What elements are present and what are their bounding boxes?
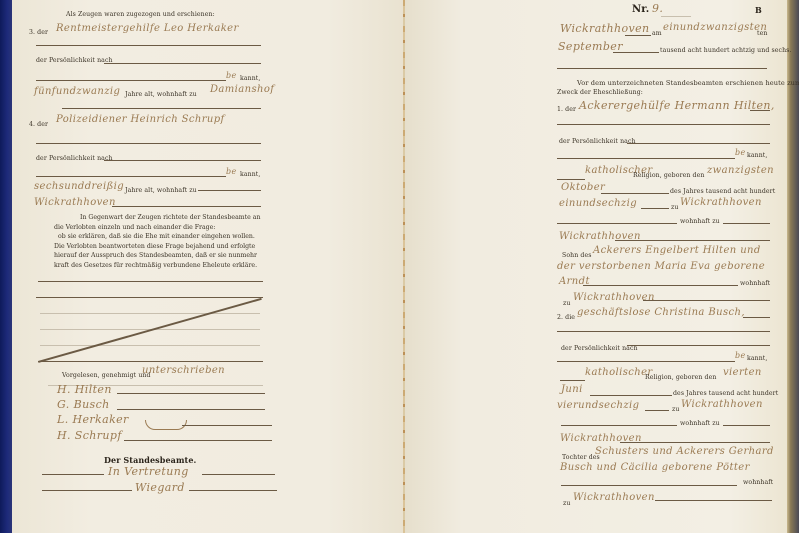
rule [641,208,669,209]
witness2-age-label: Jahre alt, wohnhaft zu [125,187,197,194]
formula-line: In Gegenwart der Zeugen richtete der Sta… [54,213,264,223]
formula-line: hierauf der Ausspruch des Standesbeamten… [54,251,264,261]
intro-line1: Vor dem unterzeichneten Standesbeamten e… [577,79,799,87]
bride-parents-residence: Wickrathhoven [573,492,655,503]
rule [557,158,735,159]
witness2-age: sechsunddreißig [34,181,124,192]
signature-flourish [145,420,187,430]
rule [723,223,770,224]
bride-birth-year: vierundsechzig [557,400,639,411]
rule [112,206,261,207]
signature-1: H. Hilten [57,383,112,396]
witness1-name: Rentmeistergehilfe Leo Herkaker [56,23,239,34]
bride-year-label: des Jahres tausend acht hundert [673,390,778,397]
rule [561,485,737,486]
witness1-age-label: Jahre alt, wohnhaft zu [125,91,197,98]
bride-born-at: Wickrathhoven [681,399,763,410]
rule [36,143,261,144]
rule [557,361,735,362]
rule [557,124,770,125]
bride-parents-line2: Busch und Cäcilia geborene Pötter [560,462,750,473]
date-am: am [652,30,662,37]
groom-known-suffix: be [735,148,746,157]
read-label: Vorgelesen, genehmigt und [62,372,151,379]
groom-parents-at-label: zu [563,300,570,307]
registrar-heading: Der Standesbeamte. [104,455,196,465]
right-page: Nr. 9. B Wickrathhoven am einundzwanzigs… [405,0,787,533]
nr-label: Nr. [632,4,649,15]
bride-known-suffix: be [735,351,746,360]
book-cover-left [0,0,12,533]
bride-religion: katholischer [585,367,653,378]
rule [36,176,226,177]
groom-birth-day: zwanzigsten [707,165,774,176]
rule [557,331,770,332]
rule [560,380,585,381]
signature-3: L. Herkaker [57,413,129,426]
witness2-prefix: 4. der [29,121,48,128]
formula-line: kraft des Gesetzes für rechtmäßig verbun… [54,261,264,271]
faint-rule [661,16,691,17]
witness2-known-label: kannt, [240,171,260,178]
groom-resides-label: wohnhaft zu [680,218,720,225]
faint-rule [40,313,260,314]
groom-parents-line1: Ackerers Engelbert Hilten und [593,245,761,256]
rule [42,474,104,475]
witness2-known-suffix: be [226,167,237,176]
nr-value: 9. [652,2,663,15]
groom-parents-resides: wohnhaft [740,280,770,287]
groom-born-at-label: zu [671,204,678,211]
groom-birth-year: einundsechzig [559,198,637,209]
bride-person-label: der Persönlichkeit nach [561,345,638,352]
bride-prefix: 2. die [557,314,575,321]
rule [36,297,263,298]
bride-birth-day: vierten [723,367,762,378]
day-suffix: ten [757,30,767,37]
rule [38,281,263,282]
day: einundzwanzigsten [663,22,767,33]
rule [583,285,738,286]
bride-name: geschäftslose Christina Busch, [577,307,745,318]
faint-rule [40,345,260,346]
rule [124,440,272,441]
groom-year-label: des Jahres tausend acht hundert [670,188,775,195]
rule [645,410,669,411]
groom-parents-label: Sohn des [562,252,592,259]
witness1-age: fünfundzwanzig [34,86,120,97]
witness2-residence: Wickrathhoven [34,197,116,208]
witness1-known-suffix: be [226,71,237,80]
rule [601,193,669,194]
rule [36,80,226,81]
groom-birth-month: Oktober [561,182,605,193]
formula-line: ob sie erklären, daß sie die Ehe mit ein… [54,232,264,242]
intro-line2: Zweck der Eheschließung: [557,89,643,96]
place: Wickrathhoven [560,22,650,35]
bride-religion-label: Religion, geboren den [645,374,716,381]
rule [620,442,770,443]
witness1-person-label: der Persönlichkeit nach [36,57,113,64]
rule [743,317,770,318]
rule [42,490,132,491]
groom-parents-residence: Wickrathhoven [573,292,655,303]
marriage-formula: In Gegenwart der Zeugen richtete der Sta… [54,213,264,270]
formula-line: die Verlobten einzeln und nach einander … [54,223,264,233]
rule [198,190,261,191]
witness1-residence: Damianshof [210,84,274,95]
bride-resides-label: wohnhaft zu [680,420,720,427]
bride-parents-resides: wohnhaft [743,479,773,486]
witness-heading: Als Zeugen waren zugezogen und erschiene… [66,11,215,18]
rule [117,393,265,394]
rule [655,500,772,501]
rule [643,300,770,301]
witness1-known-label: kannt, [240,75,260,82]
register-letter: B [755,5,762,15]
groom-known-label: kannt, [747,152,767,159]
rule [557,223,677,224]
groom-name: Ackerergehülfe Hermann Hilten, [579,99,775,112]
rule [189,490,277,491]
witness1-prefix: 3. der [29,29,48,36]
bride-parents-line1: Schusters und Ackerers Gerhard [595,446,774,457]
rule [627,345,770,346]
rule [627,143,770,144]
cancellation-stroke [38,298,262,363]
rule [202,474,275,475]
rule [615,240,770,241]
rule [561,425,677,426]
year-print: tausend acht hundert achtzig und sechs. [660,47,792,54]
groom-parents-line2: der verstorbenen Maria Eva geborene [557,261,765,272]
signature-4: H. Schrupf [57,429,122,442]
left-page: Als Zeugen waren zugezogen und erschiene… [12,0,405,533]
rule [750,110,770,111]
rule [182,425,272,426]
registrar-line2: Wiegard [135,481,185,494]
rule [104,63,261,64]
read-value: unterschrieben [142,365,225,376]
rule [590,395,672,396]
formula-line: Die Verlobten beantworteten diese Frage … [54,242,264,252]
groom-religion-label: Religion, geboren den [633,172,704,179]
rule [36,45,261,46]
bride-known-label: kannt, [747,355,767,362]
rule [557,68,767,69]
rule [613,52,659,53]
bride-parents-at-label: zu [563,500,570,507]
rule [117,409,265,410]
signature-2: G. Busch [57,398,110,411]
bride-birth-month: Juni [561,384,583,395]
groom-person-label: der Persönlichkeit nach [559,138,636,145]
rule [38,361,263,362]
groom-born-at: Wickrathhoven [680,197,762,208]
rule [723,425,770,426]
rule [104,160,261,161]
bride-born-at-label: zu [672,406,679,413]
groom-prefix: 1. der [557,106,576,113]
witness2-person-label: der Persönlichkeit nach [36,155,113,162]
rule [557,179,585,180]
registrar-line1: In Vertretung [108,465,189,478]
rule [625,35,651,36]
witness2-name: Polizeidiener Heinrich Schrupf [56,114,225,125]
rule [62,108,261,109]
